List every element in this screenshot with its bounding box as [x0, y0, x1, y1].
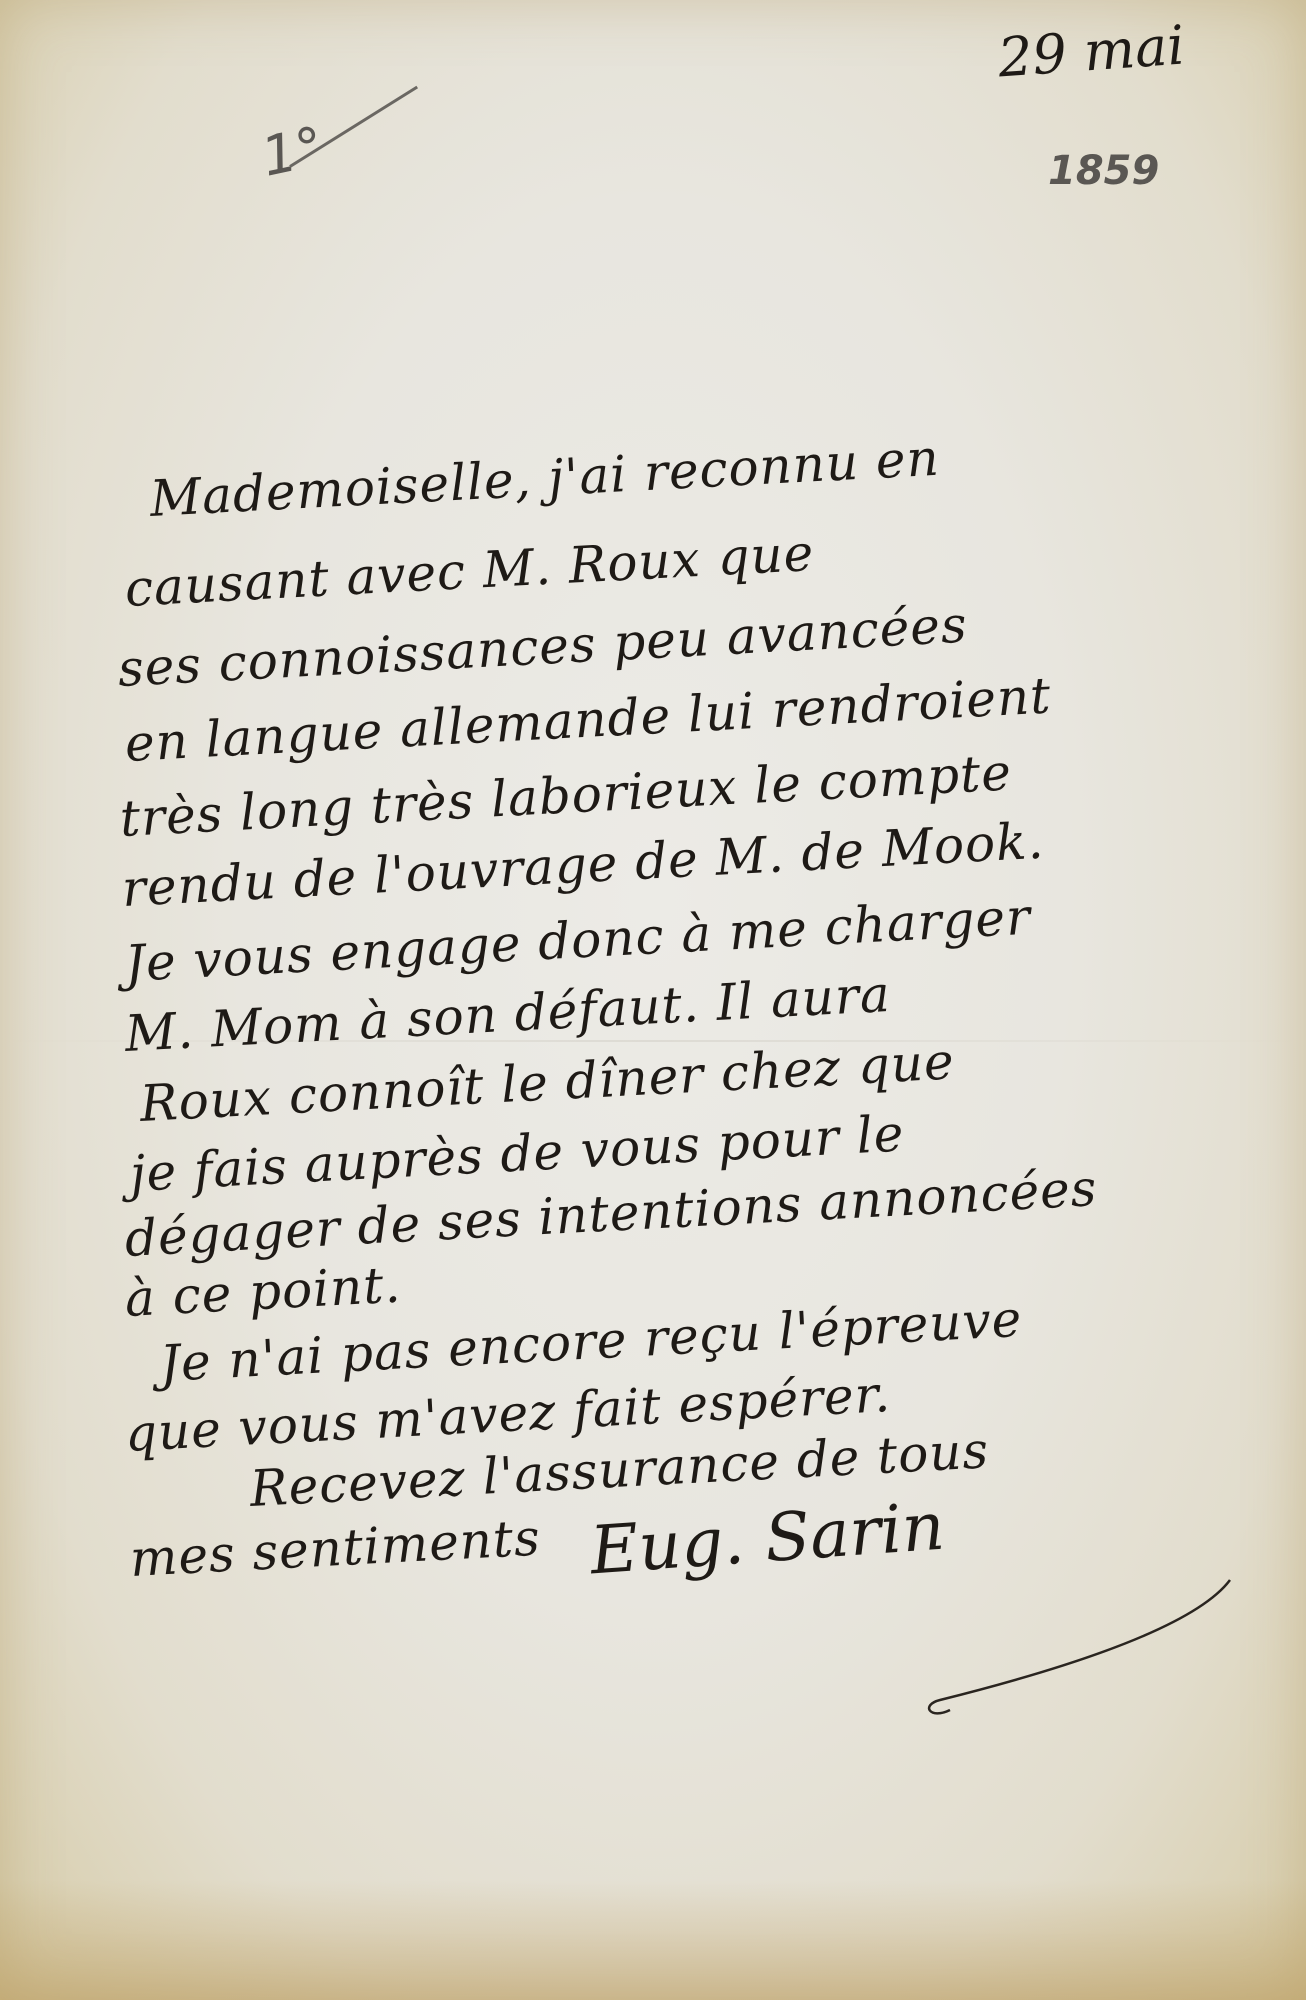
letter-page: 1° 29 mai 1859 Mademoiselle, j'ai reconn… — [0, 0, 1306, 2000]
signature: Eug. Sarin — [588, 1488, 947, 1590]
paper-stain — [0, 1880, 1306, 2000]
body-line: causant avec M. Roux que — [123, 524, 815, 618]
letter-year: 1859 — [1048, 148, 1159, 194]
folio-number: 1° — [256, 114, 329, 188]
letter-date: 29 mai — [996, 14, 1187, 90]
body-line: Mademoiselle, j'ai reconnu en — [148, 429, 941, 528]
body-line: à ce point. — [123, 1256, 402, 1328]
body-line: mes sentiments — [128, 1509, 542, 1588]
signature-flourish — [900, 1560, 1240, 1720]
